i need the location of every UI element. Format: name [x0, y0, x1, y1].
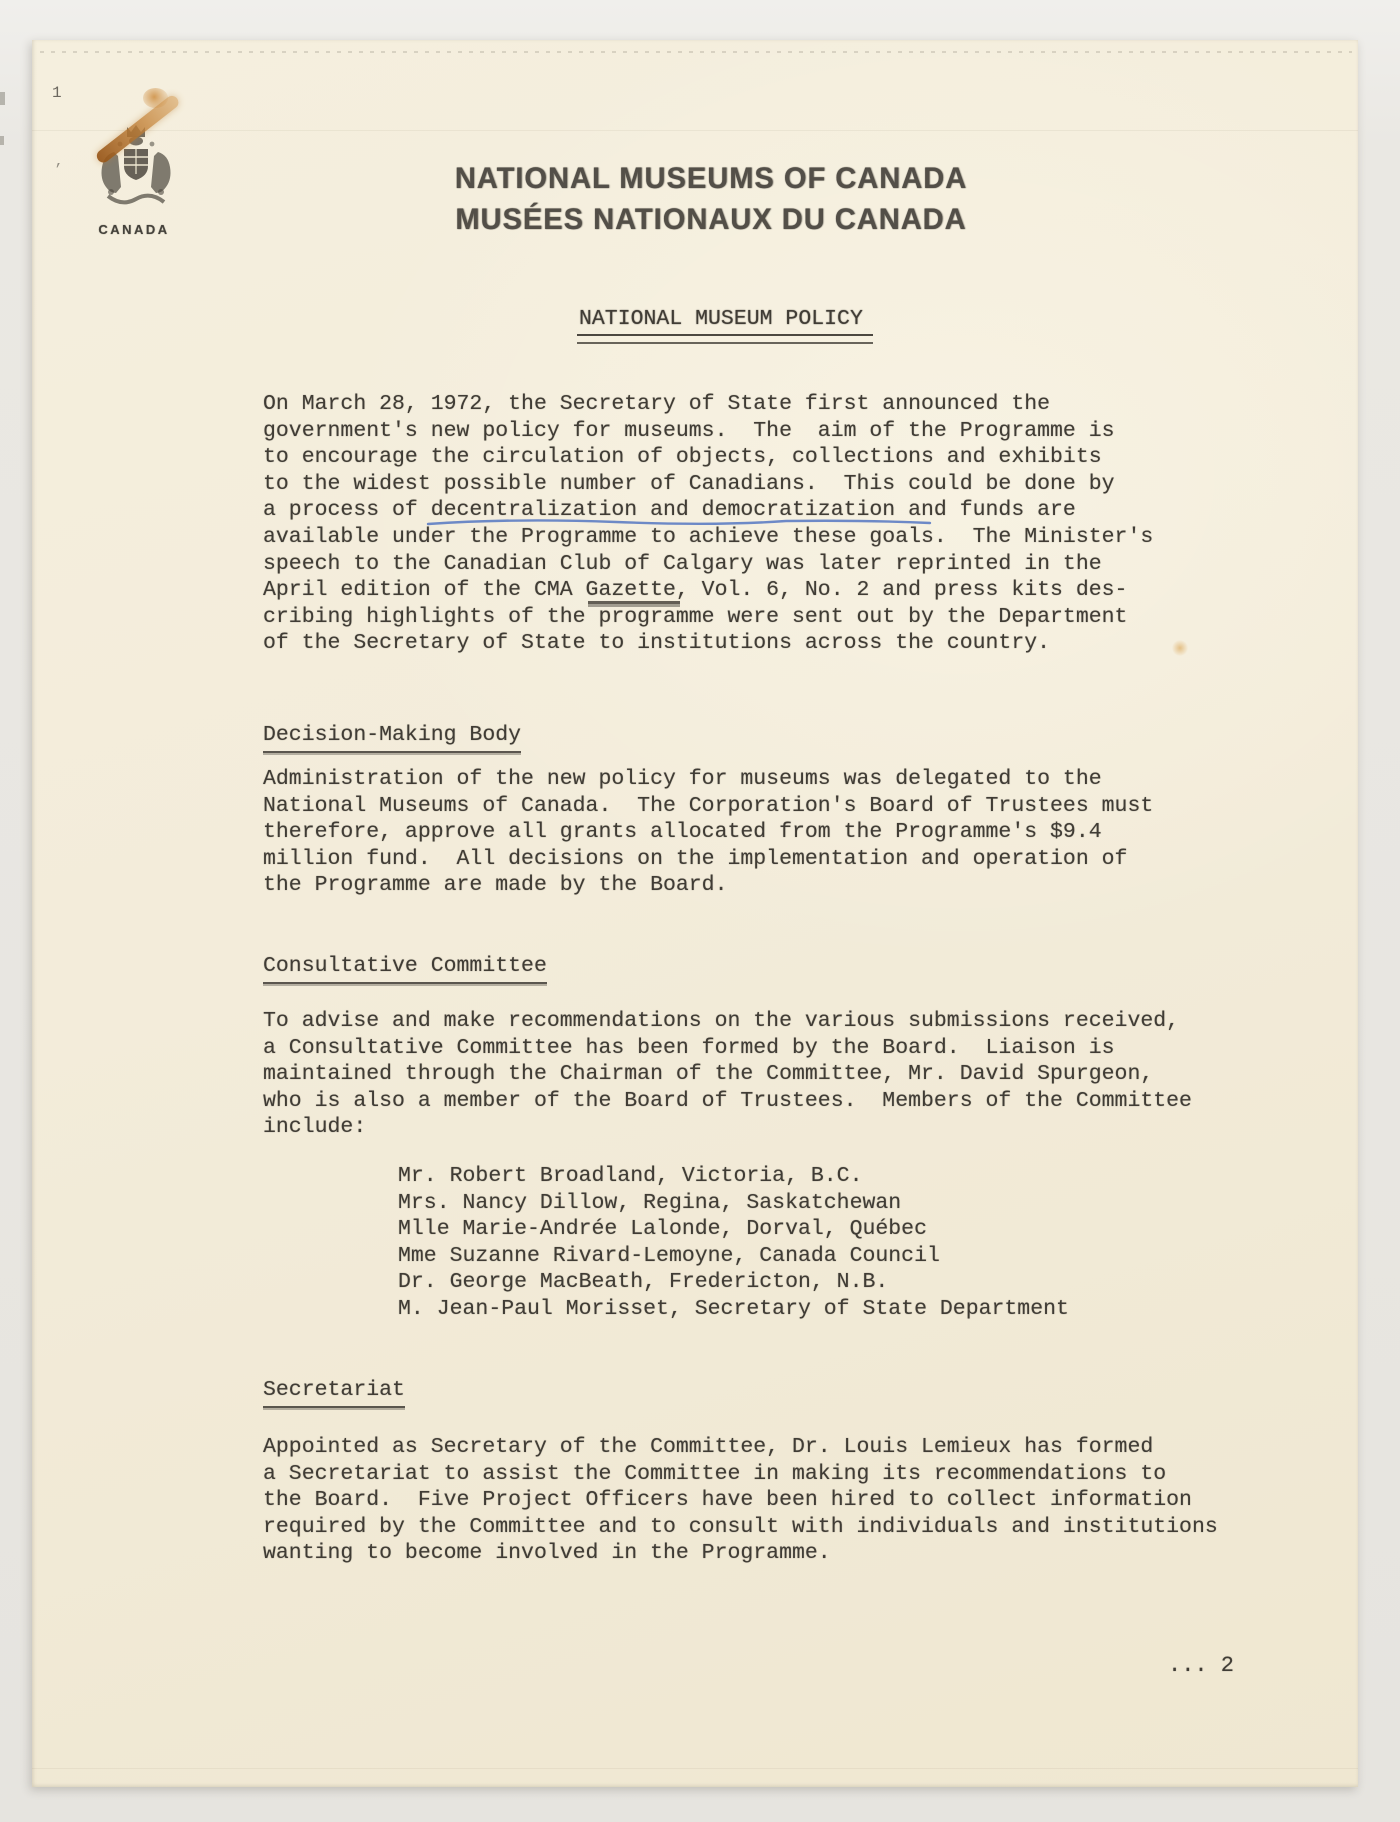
section-heading-consultative-committee: Consultative Committee	[263, 953, 547, 980]
gazette-underline	[588, 601, 680, 604]
consultative-committee-paragraph: To advise and make recommendations on th…	[263, 1008, 1192, 1141]
small-stain-dot	[1172, 640, 1188, 656]
letterhead-org-name-en: NATIONAL MUSEUMS OF CANADA	[429, 162, 994, 196]
document-title: NATIONAL MUSEUM POLICY	[579, 306, 863, 333]
secretariat-paragraph: Appointed as Secretary of the Committee,…	[263, 1434, 1218, 1567]
letterhead-org-name-fr: MUSÉES NATIONAUX DU CANADA	[429, 203, 994, 237]
crest-caption: CANADA	[90, 222, 178, 237]
title-underline	[577, 334, 873, 344]
decision-making-body-paragraph: Administration of the new policy for mus…	[263, 766, 1153, 899]
edge-mark	[0, 136, 4, 145]
paper-crease	[32, 130, 1358, 131]
scanned-document-background: 1 ‚ CANADA NATIONAL MUSEUMS OF CANADA MU…	[0, 0, 1400, 1822]
committee-members-list: Mr. Robert Broadland, Victoria, B.C. Mrs…	[398, 1163, 1069, 1323]
scan-artifact-dotted-line	[40, 51, 1352, 53]
section-heading-secretariat: Secretariat	[263, 1377, 405, 1404]
rust-stain-blob	[143, 88, 168, 108]
pen-underline-annotation	[426, 514, 932, 530]
paper-crease	[32, 1768, 1358, 1769]
page-number: ... 2	[1168, 1653, 1234, 1680]
stray-mark: ‚	[54, 153, 63, 170]
section-heading-decision-making-body: Decision-Making Body	[263, 722, 521, 749]
edge-mark	[0, 92, 5, 105]
page-corner-mark: 1	[52, 84, 62, 102]
